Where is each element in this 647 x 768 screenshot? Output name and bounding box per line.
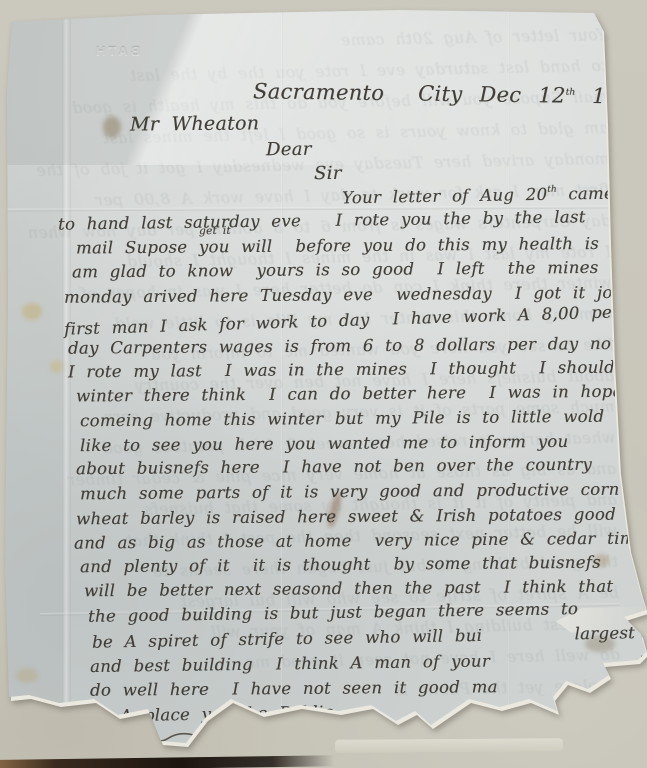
letter-line: do well here I have not seen it good ma <box>90 677 498 700</box>
salutation-dear: Dear <box>266 139 312 160</box>
photo-backdrop: Your letter of Aug 20th came to hand las… <box>0 0 647 768</box>
foxing-stain <box>16 668 38 683</box>
recipient-name: Mr Wheaton <box>130 112 259 135</box>
letter-paper: Your letter of Aug 20th came to hand las… <box>0 0 647 768</box>
emboss-stamp: BATH <box>93 44 140 59</box>
letter-page: Your letter of Aug 20th came to hand las… <box>0 0 647 768</box>
ink-stain <box>103 116 121 138</box>
foxing-stain <box>22 303 42 320</box>
salutation-sir: Sir <box>314 163 342 184</box>
edge-stain <box>626 462 637 504</box>
tear-squiggle-mark <box>134 726 213 751</box>
foxing-stain <box>50 360 63 373</box>
